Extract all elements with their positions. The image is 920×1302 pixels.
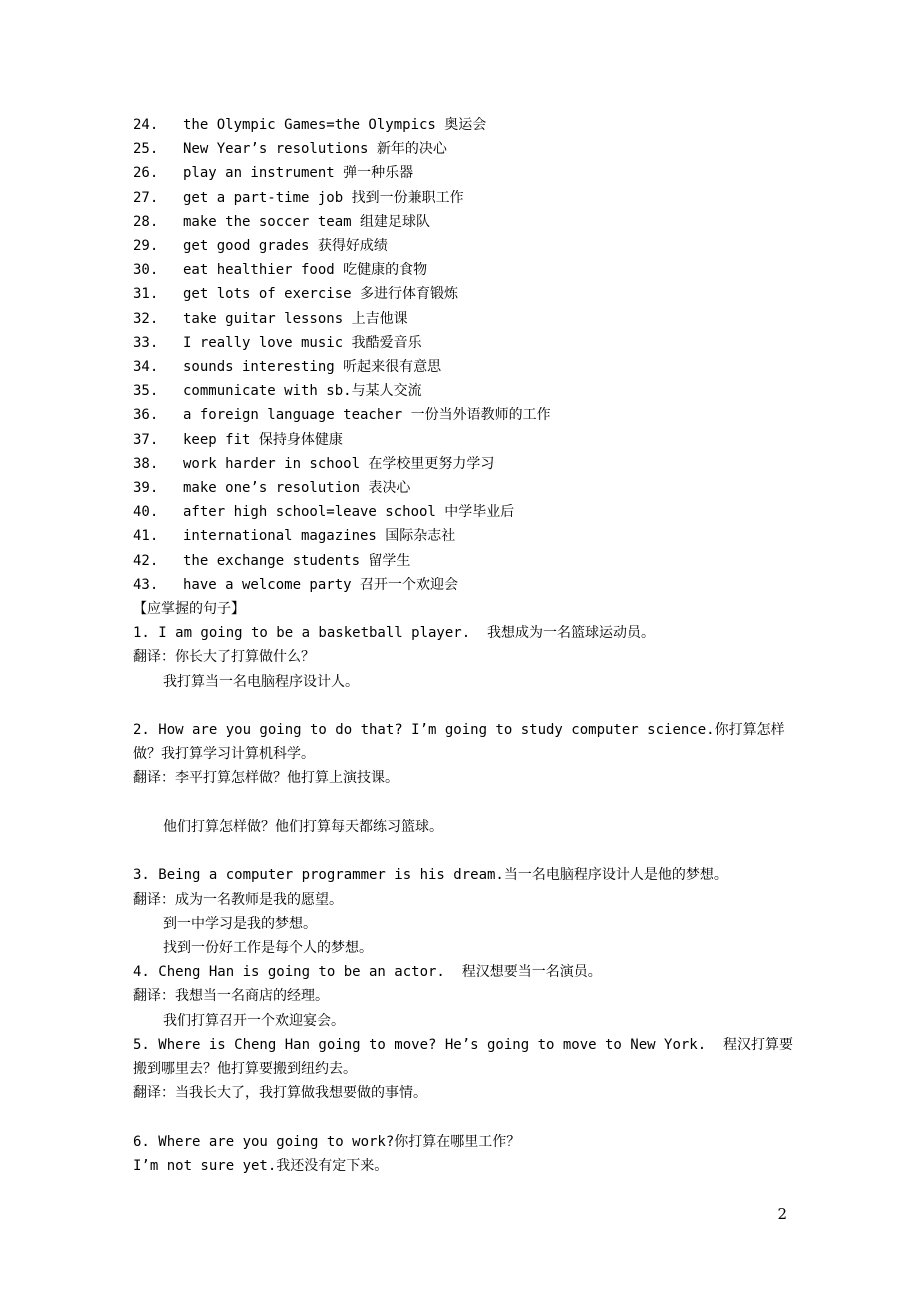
phrase-number: 33. — [133, 331, 183, 355]
phrase-list: 24.the Olympic Games=the Olympics 奥运会25.… — [133, 113, 833, 597]
phrase-number: 26. — [133, 161, 183, 185]
phrase-item: 39.make one’s resolution 表决心 — [133, 476, 833, 500]
phrase-item: 29.get good grades 获得好成绩 — [133, 234, 833, 258]
phrase-item: 42.the exchange students 留学生 — [133, 549, 833, 573]
phrase-item: 27.get a part-time job 找到一份兼职工作 — [133, 186, 833, 210]
sentence-line: 翻译：你长大了打算做什么？ — [133, 645, 833, 669]
blank-line — [133, 694, 833, 718]
phrase-text: after high school=leave school 中学毕业后 — [183, 500, 514, 524]
phrase-item: 33.I really love music 我酷爱音乐 — [133, 331, 833, 355]
phrase-item: 37.keep fit 保持身体健康 — [133, 428, 833, 452]
phrase-text: the exchange students 留学生 — [183, 549, 410, 573]
phrase-text: get good grades 获得好成绩 — [183, 234, 388, 258]
sentence-line: 翻译：我想当一名商店的经理。 — [133, 984, 833, 1008]
phrase-number: 34. — [133, 355, 183, 379]
phrase-text: take guitar lessons 上吉他课 — [183, 307, 408, 331]
phrase-text: eat healthier food 吃健康的食物 — [183, 258, 427, 282]
phrase-text: I really love music 我酷爱音乐 — [183, 331, 422, 355]
phrase-number: 38. — [133, 452, 183, 476]
phrase-text: communicate with sb.与某人交流 — [183, 379, 422, 403]
phrase-number: 32. — [133, 307, 183, 331]
phrase-item: 41.international magazines 国际杂志社 — [133, 524, 833, 548]
phrase-item: 34.sounds interesting 听起来很有意思 — [133, 355, 833, 379]
sentence-line: 到一中学习是我的梦想。 — [133, 912, 833, 936]
phrase-number: 27. — [133, 186, 183, 210]
sentence-line: 2. How are you going to do that? I’m goi… — [133, 718, 833, 742]
document-content: 24.the Olympic Games=the Olympics 奥运会25.… — [133, 113, 833, 1178]
phrase-item: 35.communicate with sb.与某人交流 — [133, 379, 833, 403]
phrase-number: 29. — [133, 234, 183, 258]
phrase-item: 36.a foreign language teacher 一份当外语教师的工作 — [133, 403, 833, 427]
sentence-line: 4. Cheng Han is going to be an actor. 程汉… — [133, 960, 833, 984]
phrase-text: New Year’s resolutions 新年的决心 — [183, 137, 447, 161]
phrase-item: 32.take guitar lessons 上吉他课 — [133, 307, 833, 331]
phrase-text: make the soccer team 组建足球队 — [183, 210, 430, 234]
blank-line — [133, 839, 833, 863]
phrase-number: 24. — [133, 113, 183, 137]
document-page: 24.the Olympic Games=the Olympics 奥运会25.… — [0, 0, 920, 1302]
phrase-text: have a welcome party 召开一个欢迎会 — [183, 573, 458, 597]
phrase-number: 36. — [133, 403, 183, 427]
phrase-item: 30.eat healthier food 吃健康的食物 — [133, 258, 833, 282]
phrase-item: 26.play an instrument 弹一种乐器 — [133, 161, 833, 185]
sentence-line: 找到一份好工作是每个人的梦想。 — [133, 936, 833, 960]
blank-line — [133, 1105, 833, 1129]
sentence-line: 6. Where are you going to work?你打算在哪里工作？ — [133, 1130, 833, 1154]
phrase-item: 28.make the soccer team 组建足球队 — [133, 210, 833, 234]
sentence-line: 3. Being a computer programmer is his dr… — [133, 863, 833, 887]
sentence-line: I’m not sure yet.我还没有定下来。 — [133, 1154, 833, 1178]
sentence-line: 翻译：李平打算怎样做？他打算上演技课。 — [133, 766, 833, 790]
phrase-text: make one’s resolution 表决心 — [183, 476, 410, 500]
phrase-item: 24.the Olympic Games=the Olympics 奥运会 — [133, 113, 833, 137]
phrase-number: 41. — [133, 524, 183, 548]
blank-line — [133, 791, 833, 815]
sentence-line: 他们打算怎样做？他们打算每天都练习篮球。 — [133, 815, 833, 839]
sentence-line: 翻译：当我长大了，我打算做我想要做的事情。 — [133, 1081, 833, 1105]
phrase-text: get lots of exercise 多进行体育锻炼 — [183, 282, 458, 306]
sentence-line: 搬到哪里去？他打算要搬到纽约去。 — [133, 1057, 833, 1081]
sentence-line: 翻译：成为一名教师是我的愿望。 — [133, 888, 833, 912]
phrase-text: work harder in school 在学校里更努力学习 — [183, 452, 494, 476]
phrase-item: 31.get lots of exercise 多进行体育锻炼 — [133, 282, 833, 306]
phrase-number: 35. — [133, 379, 183, 403]
phrase-item: 25.New Year’s resolutions 新年的决心 — [133, 137, 833, 161]
sentence-section: 1. I am going to be a basketball player.… — [133, 621, 833, 1178]
phrase-number: 30. — [133, 258, 183, 282]
page-number: 2 — [777, 1202, 787, 1226]
phrase-text: a foreign language teacher 一份当外语教师的工作 — [183, 403, 551, 427]
phrase-number: 37. — [133, 428, 183, 452]
phrase-number: 39. — [133, 476, 183, 500]
phrase-text: international magazines 国际杂志社 — [183, 524, 455, 548]
phrase-text: get a part-time job 找到一份兼职工作 — [183, 186, 464, 210]
sentence-line: 我们打算召开一个欢迎宴会。 — [133, 1009, 833, 1033]
phrase-number: 43. — [133, 573, 183, 597]
sentence-line: 做？我打算学习计算机科学。 — [133, 742, 833, 766]
sentence-line: 1. I am going to be a basketball player.… — [133, 621, 833, 645]
sentence-line: 我打算当一名电脑程序设计人。 — [133, 670, 833, 694]
phrase-item: 40.after high school=leave school 中学毕业后 — [133, 500, 833, 524]
phrase-number: 40. — [133, 500, 183, 524]
phrase-number: 31. — [133, 282, 183, 306]
phrase-text: sounds interesting 听起来很有意思 — [183, 355, 441, 379]
phrase-number: 25. — [133, 137, 183, 161]
phrase-number: 28. — [133, 210, 183, 234]
section-header: 【应掌握的句子】 — [133, 597, 833, 621]
phrase-item: 43.have a welcome party 召开一个欢迎会 — [133, 573, 833, 597]
sentence-line: 5. Where is Cheng Han going to move? He’… — [133, 1033, 833, 1057]
phrase-item: 38.work harder in school 在学校里更努力学习 — [133, 452, 833, 476]
phrase-number: 42. — [133, 549, 183, 573]
phrase-text: keep fit 保持身体健康 — [183, 428, 343, 452]
phrase-text: play an instrument 弹一种乐器 — [183, 161, 413, 185]
phrase-text: the Olympic Games=the Olympics 奥运会 — [183, 113, 486, 137]
